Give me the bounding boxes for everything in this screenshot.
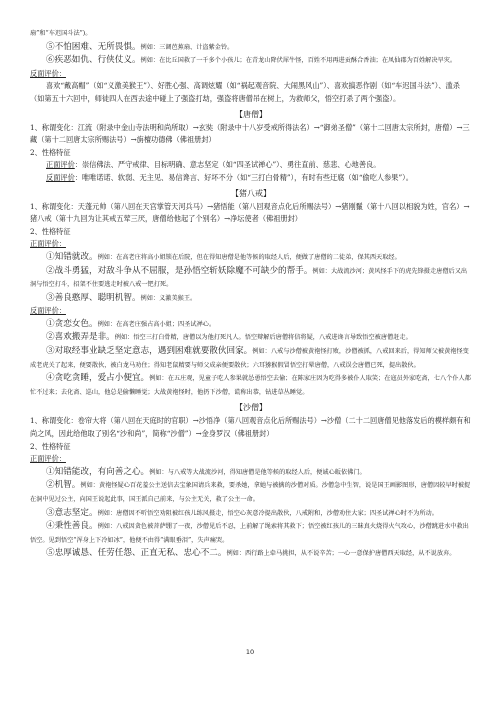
names-change: 1、称谓变化：卷帘大将（第八回在天庭时的官职）→沙悟净（第八回观音点化后所赐法号… (30, 415, 472, 440)
trait-item: ②机智。例如：黄袍怪疑心百花羞公主送信去宝象国请兵来救，要杀她，拿她与被擒的沙僧… (30, 479, 472, 506)
trait-item: ①知错能改，有向善之心。例如：与八戒等大战流沙河，得知唐僧是他等候的取经人后，便… (30, 466, 472, 480)
trait-item: ③善良憨厚、聪明机智。例如：义激美猴王。 (30, 292, 472, 306)
trait-item: ①贪恋女色。例如：在高老庄强占高小姐；四圣试禅心。 (30, 318, 472, 332)
trait-item: ③对取经事业缺乏坚定意志，遇到困难就要散伙回家。例如：八戒与沙僧被黄袍怪打败，沙… (30, 345, 472, 372)
section-title-zhubajie: 【猪八戒】 (30, 187, 472, 201)
negative-eval: 反面评价：唯唯诺诺、软弱、无主见、易信谗言、好坏不分（如“三打白骨精”），有时有… (30, 172, 472, 185)
traits-label: 2、性格特征 (30, 147, 472, 160)
traits-label: 2、性格特征 (30, 441, 472, 454)
names-change: 1、称谓变化：天蓬元帅（第八回在天宫掌管天河兵马）→猪悟能（第八回观音点化后所赐… (30, 201, 472, 226)
continued-line: 扇”和“车迟国斗法”)。 (30, 28, 472, 41)
trait-item: ④秉性善良。例如：八戒因贪色被菩萨绷了一夜，沙僧见后不忍，上前解了绳索将其救下；… (30, 520, 472, 547)
positive-eval: 正面评价：崇信佛法、严守戒律、目标明确、意志坚定（如“四圣试禅心”）、勇往直前、… (30, 159, 472, 172)
trait-item: ②喜欢搬弄是非。例如：悟空三打白骨精，唐僧以为他打死凡人。悟空辩解后唐僧将信将疑… (30, 331, 472, 345)
negative-text: 喜欢“戴高帽”（如“义激美猴王”）、好胜心强、高调炫耀（如“祸起观音院、大闹黑风… (30, 80, 472, 105)
page-number: 10 (0, 648, 500, 656)
negative-label: 反面评价： (30, 68, 472, 81)
trait-item: ③意志坚定。例如：唐僧因不听悟空劝阻被红孩儿练风摄走，悟空心灰意冷提出散伙，八戒… (30, 507, 472, 521)
trait-item: ⑥疾恶如仇、行侠仗义。例如：在比丘国救了一千多个小孩儿；在青龙山降伏犀牛怪，百姓… (30, 54, 472, 68)
trait-item: ①知错就改。例如：在高老庄将高小姐锁在后院，但在得知唐僧是他等候的取经人后，便做… (30, 251, 472, 265)
section-title-tangseng: 【唐僧】 (30, 108, 472, 122)
section-title-shaseng: 【沙僧】 (30, 401, 472, 415)
positive-label: 正面评价： (30, 453, 472, 466)
trait-item: ②战斗勇猛，对敌斗争从不屈服，是孙悟空斩妖除魔不可缺少的帮手。例如：大战流沙河；… (30, 265, 472, 292)
positive-label: 正面评价： (30, 238, 472, 251)
trait-item: ⑤忠厚诚恳、任劳任怨、正直无私、忠心不二。例如：西行路上牵马挑担，从不说辛苦；一… (30, 547, 472, 561)
document-page: 扇”和“车迟国斗法”)。 ⑤不怕困难、无所畏惧。例如：三调芭蕉扇、计盗紫金铃。 … (30, 28, 472, 561)
negative-label: 反面评价： (30, 305, 472, 318)
trait-item: ⑤不怕困难、无所畏惧。例如：三调芭蕉扇、计盗紫金铃。 (30, 41, 472, 55)
names-change: 1、称谓变化：江流（附录中金山寺法明和尚所取）→玄奘（附录中十八岁受戒所得法名）… (30, 122, 472, 147)
traits-label: 2、性格特征 (30, 226, 472, 239)
trait-item: ④贪吃贪睡，爱占小便宜。例如：在五庄观，见童子吃人参果就怂恿悟空去偷；在陈家庄因… (30, 372, 472, 399)
